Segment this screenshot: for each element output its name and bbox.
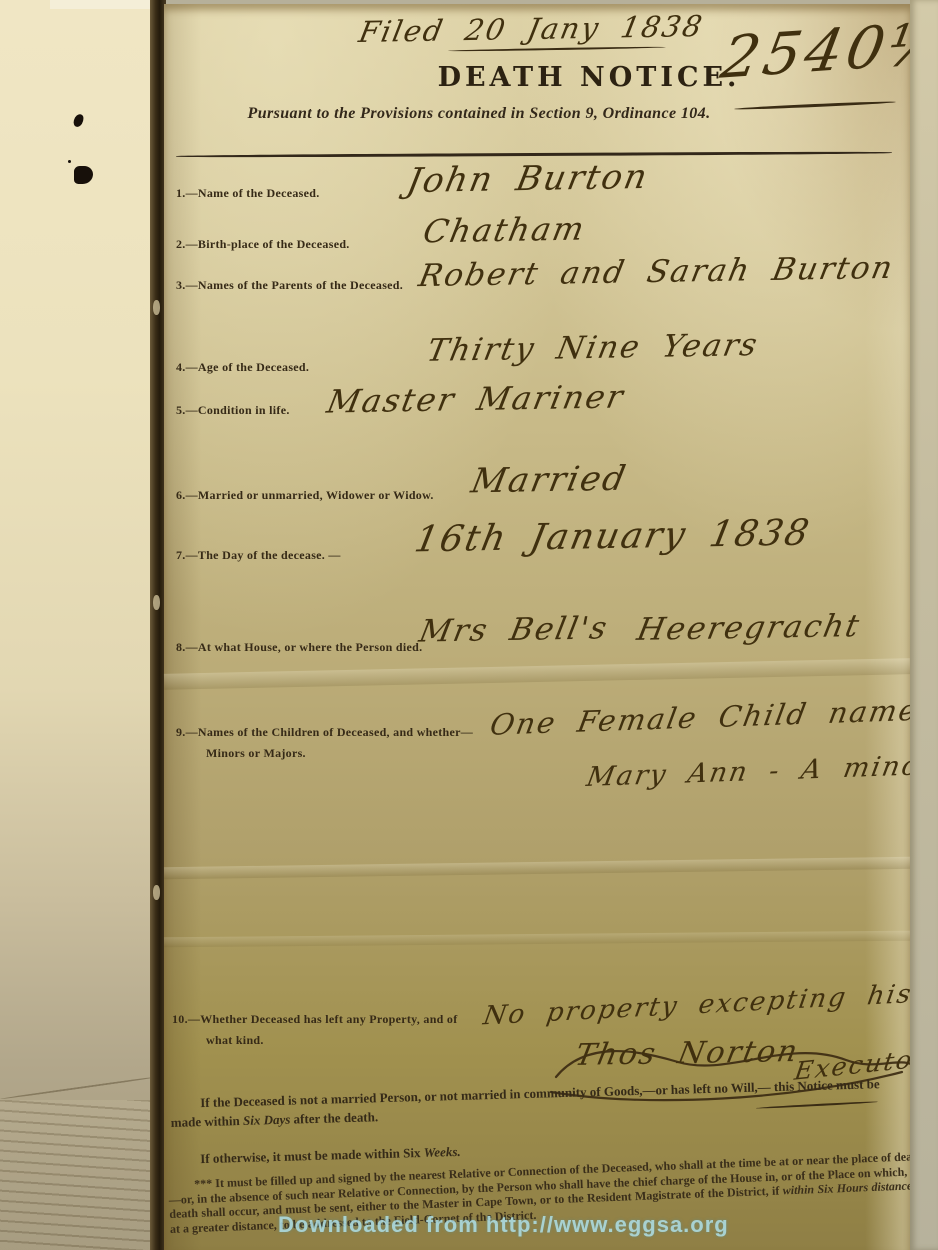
death-notice-page: Filed 20 Jany 1838 2540½ DEATH NOTICE. P… xyxy=(164,4,910,1250)
field-answer-4: Thirty Nine Years xyxy=(424,327,762,369)
field-answer-9: One Female Child named xyxy=(487,692,938,742)
field-label-4: 4.—Age of the Deceased. xyxy=(176,360,309,375)
background-right-strip xyxy=(910,0,938,1250)
stacked-page-edges xyxy=(0,1100,152,1250)
field-answer-1: John Burton xyxy=(404,157,653,201)
field-label-5: 5.—Condition in life. xyxy=(176,403,290,418)
field-answer-7: 16th January 1838 xyxy=(411,513,814,561)
field-answer-6: Married xyxy=(468,459,631,502)
footer-note-1-em: Six Days xyxy=(243,1112,291,1128)
ink-blot xyxy=(72,113,84,128)
ink-blot xyxy=(74,166,93,184)
field-label-6: 6.—Married or unmarried, Widower or Wido… xyxy=(176,488,434,503)
field-label-10: 10.—Whether Deceased has left any Proper… xyxy=(172,1012,458,1027)
scanned-death-notice-photo: Filed 20 Jany 1838 2540½ DEATH NOTICE. P… xyxy=(0,0,938,1250)
field-label-1: 1.—Name of the Deceased. xyxy=(176,186,320,201)
field-answer-2: Chatham xyxy=(420,210,589,251)
field-answer-9b: Mary Ann - A minor xyxy=(584,750,938,793)
field-answer-8b: Heeregracht xyxy=(634,608,864,648)
field-label-8: 8.—At what House, or where the Person di… xyxy=(176,640,422,655)
paper-crease xyxy=(164,857,910,879)
binding-stitch xyxy=(153,595,160,610)
page-fold-line xyxy=(0,1076,159,1100)
field-answer-3: Robert and Sarah Burton xyxy=(416,250,898,294)
field-label-3: 3.—Names of the Parents of the Deceased. xyxy=(176,278,403,293)
field-answer-5: Master Mariner xyxy=(324,377,628,420)
binding-stitch xyxy=(153,300,160,315)
document-subtitle: Pursuant to the Provisions contained in … xyxy=(199,105,759,123)
footer-note-1: If the Deceased is not a married Person,… xyxy=(170,1073,911,1132)
field-label-10b: what kind. xyxy=(206,1033,264,1048)
paper-crease xyxy=(164,931,910,948)
field-label-9b: Minors or Majors. xyxy=(206,746,306,761)
header-rule xyxy=(176,151,892,158)
filing-date-handwriting: Filed 20 Jany 1838 xyxy=(356,9,707,49)
field-label-2: 2.—Birth-place of the Deceased. xyxy=(176,237,350,252)
field-answer-8: Mrs Bell's xyxy=(416,610,611,649)
field-answer-10: No property excepting his Ship xyxy=(481,975,938,1032)
filing-date-underline xyxy=(448,46,666,52)
paper-crease xyxy=(164,658,910,690)
page-top-edge xyxy=(50,0,152,9)
executor-signature: Thos Norton xyxy=(572,1034,802,1073)
binding-stitch xyxy=(153,885,160,900)
footer-note-2-text: If otherwise, it must be made within Six xyxy=(200,1145,424,1166)
field-label-9: 9.—Names of the Children of Deceased, an… xyxy=(176,725,473,740)
document-title: DEATH NOTICE. xyxy=(374,62,804,93)
left-page xyxy=(0,0,152,1250)
footer-note-1-tail: after the death. xyxy=(290,1109,378,1126)
field-label-7: 7.—The Day of the decease. — xyxy=(176,548,341,563)
ink-dot xyxy=(68,160,71,163)
footer-note-2-em: Weeks. xyxy=(423,1144,460,1160)
watermark: Downloaded from http://www.eggsa.org xyxy=(278,1212,722,1238)
